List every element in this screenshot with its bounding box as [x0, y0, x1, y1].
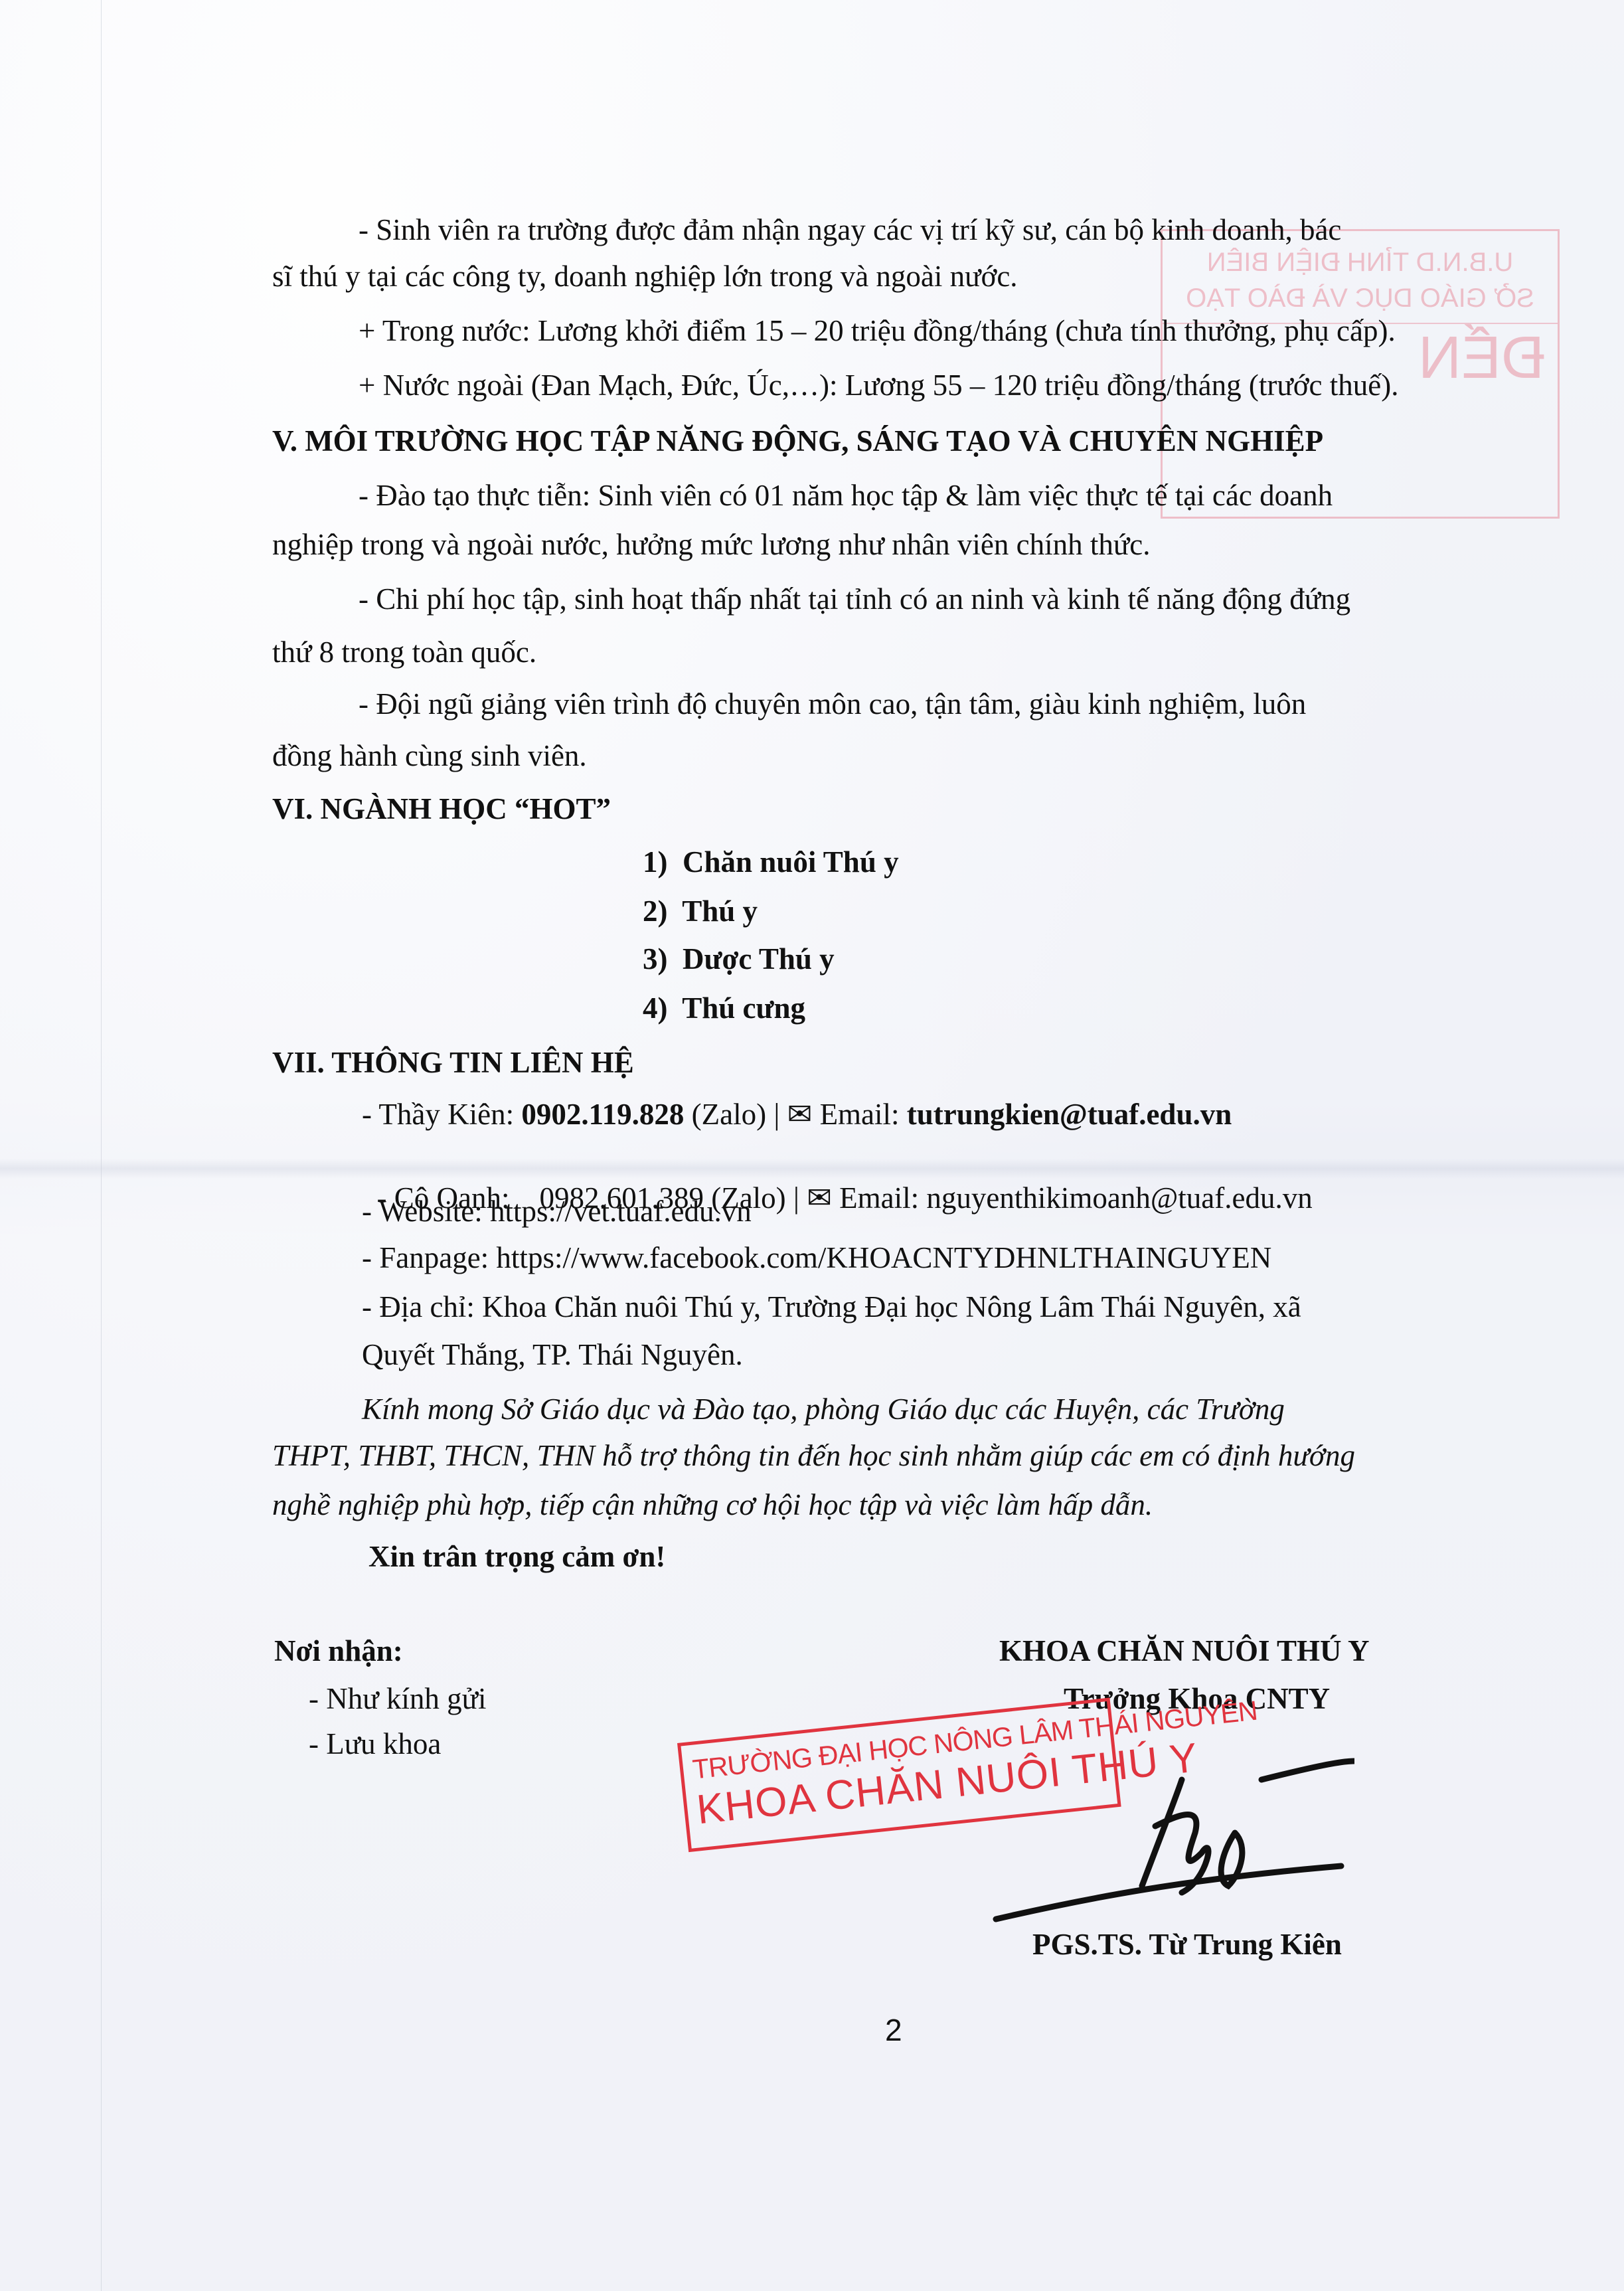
envelope-icon: ✉ — [807, 1181, 832, 1215]
salary-para-line1: - Sinh viên ra trường được đảm nhận ngay… — [359, 211, 1341, 248]
contact-address-line1: - Địa chỉ: Khoa Chăn nuôi Thú y, Trường … — [362, 1288, 1301, 1325]
major-3-number: 3) — [643, 942, 668, 976]
section-v-item1-line1: - Đào tạo thực tiễn: Sinh viên có 01 năm… — [359, 477, 1333, 514]
major-4-number: 4) — [643, 991, 668, 1025]
ghost-stamp-line2: SỞ GIÁO DỤC VÀ ĐÀO TẠO — [1169, 280, 1551, 316]
closing-request-line3: nghề nghiệp phù hợp, tiếp cận những cơ h… — [272, 1486, 1153, 1523]
section-v-item2-line2: thứ 8 trong toàn quốc. — [272, 634, 536, 671]
salary-para-line2: sĩ thú y tại các công ty, doanh nghiệp l… — [272, 258, 1018, 295]
major-3-name: Dược Thú y — [683, 942, 835, 976]
section-vii-heading: VII. THÔNG TIN LIÊN HỆ — [272, 1044, 634, 1081]
major-2: 2) Thú y — [643, 892, 758, 930]
contact-kien-email[interactable]: tutrungkien@tuaf.edu.vn — [907, 1098, 1232, 1131]
contact-kien-phone[interactable]: 0902.119.828 — [521, 1098, 684, 1131]
contact-fanpage[interactable]: - Fanpage: https://www.facebook.com/KHOA… — [362, 1239, 1271, 1276]
contact-oanh-email-label: Email: — [832, 1181, 926, 1215]
salary-foreign: + Nước ngoài (Đan Mạch, Đức, Úc,…): Lươn… — [359, 367, 1398, 404]
section-vi-heading: VI. NGÀNH HỌC “HOT” — [272, 790, 611, 827]
major-4: 4) Thú cưng — [643, 989, 805, 1027]
contact-kien: - Thầy Kiên: 0902.119.828 (Zalo) | ✉ Ema… — [362, 1096, 1232, 1133]
closing-request-line1: Kính mong Sở Giáo dục và Đào tạo, phòng … — [362, 1391, 1285, 1428]
major-2-number: 2) — [643, 894, 668, 928]
ghost-stamp-line1: U.B.N.D TỈNH ĐIỆN BIÊN — [1169, 244, 1551, 280]
contact-oanh-email[interactable]: nguyenthikimoanh@tuaf.edu.vn — [926, 1181, 1312, 1215]
contact-kien-label: - Thầy Kiên: — [362, 1098, 521, 1131]
major-1-name: Chăn nuôi Thú y — [683, 845, 899, 879]
major-4-name: Thú cưng — [682, 991, 805, 1025]
handwritten-signature — [983, 1753, 1354, 1926]
contact-kien-zalo: (Zalo) | — [684, 1098, 787, 1131]
envelope-icon: ✉ — [787, 1098, 813, 1131]
recipient-item-1: - Như kính gửi — [309, 1680, 487, 1717]
section-v-item3-line2: đồng hành cùng sinh viên. — [272, 737, 587, 774]
major-2-name: Thú y — [682, 894, 758, 928]
page-number: 2 — [885, 2012, 902, 2048]
section-v-item1-line2: nghiệp trong và ngoài nước, hưởng mức lư… — [272, 526, 1151, 563]
signatory-org: KHOA CHĂN NUÔI THÚ Y — [999, 1632, 1370, 1669]
recipient-item-2: - Lưu khoa — [309, 1725, 441, 1762]
closing-thanks: Xin trân trọng cảm ơn! — [368, 1538, 665, 1575]
contact-website[interactable]: - Website: https://vet.tuaf.edu.vn — [362, 1193, 752, 1230]
signatory-name: PGS.TS. Từ Trung Kiên — [1032, 1926, 1342, 1963]
section-v-item3-line1: - Đội ngũ giảng viên trình độ chuyên môn… — [359, 685, 1306, 722]
section-v-item2-line1: - Chi phí học tập, sinh hoạt thấp nhất t… — [359, 580, 1350, 618]
section-v-heading: V. MÔI TRƯỜNG HỌC TẬP NĂNG ĐỘNG, SÁNG TẠ… — [272, 422, 1323, 460]
contact-kien-email-label: Email: — [812, 1098, 906, 1131]
scan-edge-line — [101, 0, 102, 2291]
recipients-label: Nơi nhận: — [274, 1632, 403, 1669]
salary-domestic: + Trong nước: Lương khởi điểm 15 – 20 tr… — [359, 312, 1396, 349]
closing-request-line2: THPT, THBT, THCN, THN hỗ trợ thông tin đ… — [272, 1437, 1355, 1474]
contact-address-line2: Quyết Thắng, TP. Thái Nguyên. — [362, 1336, 743, 1373]
major-1: 1) Chăn nuôi Thú y — [643, 843, 899, 881]
major-3: 3) Dược Thú y — [643, 940, 835, 977]
major-1-number: 1) — [643, 845, 668, 879]
